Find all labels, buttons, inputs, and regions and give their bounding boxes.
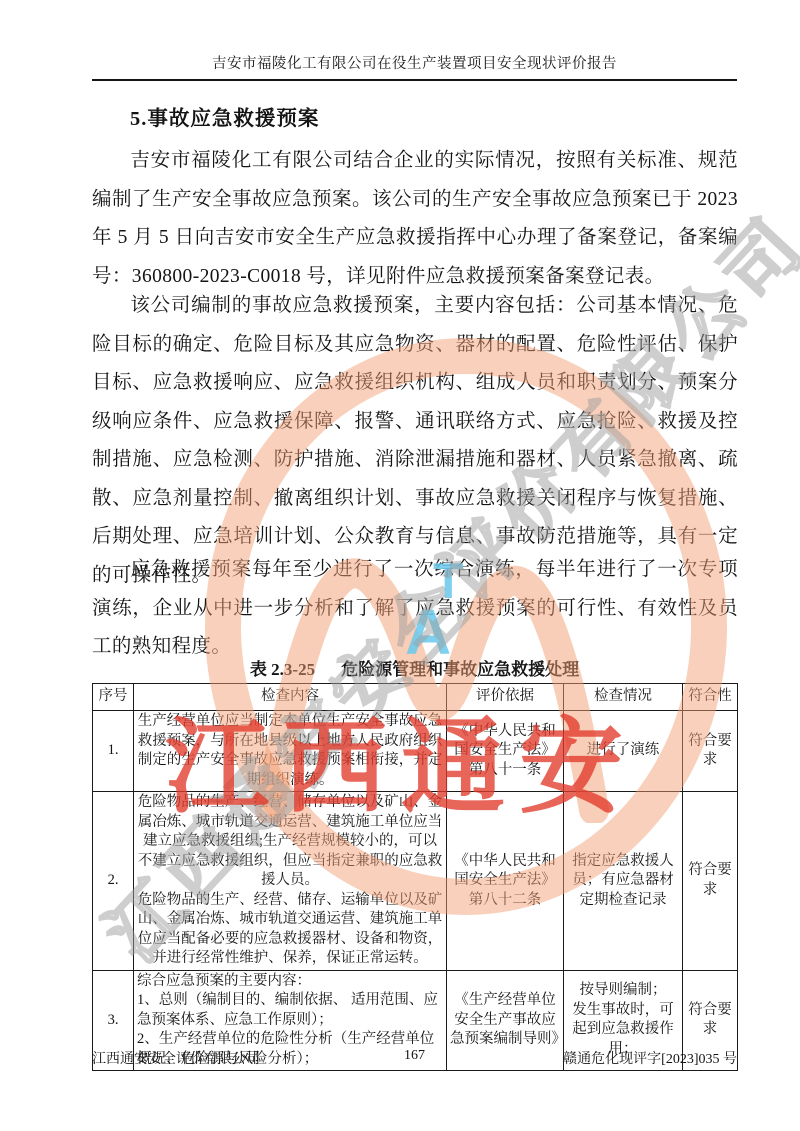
paragraph: 吉安市福陵化工有限公司结合企业的实际情况，按照有关标准、规范编制了生产安全事故应… — [92, 142, 738, 296]
section-heading: 5.事故应急救援预案 — [130, 101, 319, 131]
paragraph: 该公司编制的事故应急救援预案，主要内容包括：公司基本情况、危险目标的确定、危险目… — [92, 287, 738, 595]
table-caption-title: 危险源管理和事故应急救援处理 — [341, 660, 579, 679]
cell-no: 1. — [93, 711, 134, 792]
cell-basis: 《中华人民共和国安全生产法》第八十一条 — [447, 711, 564, 792]
cell-no: 2. — [93, 792, 134, 971]
column-header-no: 序号 — [93, 684, 134, 711]
cell-situation: 进行了演练 — [564, 711, 683, 792]
table-header-row: 序号 检查内容 评价依据 检查情况 符合性 — [93, 684, 738, 711]
column-header-situation: 检查情况 — [564, 684, 683, 711]
page-header-title: 吉安市福陵化工有限公司在役生产装置项目安全现状评价报告 — [92, 52, 737, 73]
checklist-table: 序号 检查内容 评价依据 检查情况 符合性 1. 生产经营单位应当制定本单位生产… — [92, 683, 738, 1071]
table-row: 1. 生产经营单位应当制定本单位生产安全事故应急救援预案，与所在地县级以上地方人… — [93, 711, 738, 792]
column-header-conformity: 符合性 — [683, 684, 738, 711]
column-header-content: 检查内容 — [134, 684, 447, 711]
column-header-basis: 评价依据 — [447, 684, 564, 711]
cell-content: 生产经营单位应当制定本单位生产安全事故应急救援预案，与所在地县级以上地方人民政府… — [134, 711, 447, 792]
footer-doc-number: 赣通危化现评字[2023]035 号 — [563, 1048, 737, 1068]
cell-conformity: 符合要求 — [683, 711, 738, 792]
table-caption-number: 表 2.3-25 — [250, 660, 315, 679]
cell-basis: 《中华人民共和国安全生产法》第八十二条 — [447, 792, 564, 971]
cell-conformity: 符合要求 — [683, 792, 738, 971]
document-page: 吉安市福陵化工有限公司在役生产装置项目安全现状评价报告 5.事故应急救援预案 吉… — [0, 0, 800, 1131]
paragraph: 应急救援预案每年至少进行了一次综合演练，每半年进行了一次专项演练，企业从中进一步… — [92, 551, 738, 667]
header-rule — [92, 79, 737, 81]
cell-situation: 指定应急救援人员；有应急器材定期检查记录 — [564, 792, 683, 971]
table-row: 2. 危险物品的生产、经营、储存单位以及矿山、金属冶炼、城市轨道交通运营、建筑施… — [93, 792, 738, 971]
cell-content: 危险物品的生产、经营、储存单位以及矿山、金属冶炼、城市轨道交通运营、建筑施工单位… — [134, 792, 447, 971]
table-caption: 表 2.3-25危险源管理和事故应急救援处理 — [92, 655, 737, 680]
